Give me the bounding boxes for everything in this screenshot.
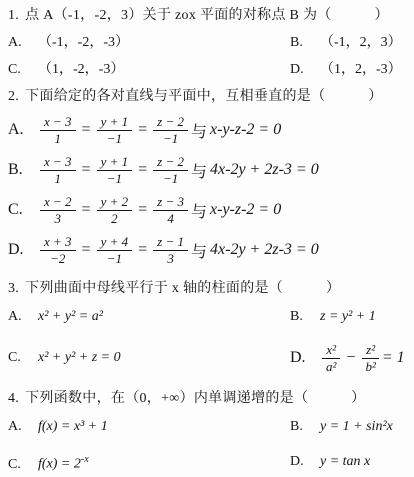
option-d-text: y = tan x xyxy=(320,454,370,469)
question-1-options: A.（-1，-2，-3） B.（-1，2，3） C.（1，-2，-3） D.（1… xyxy=(8,34,408,79)
question-4-option-b: B.y = 1 + sin²x xyxy=(290,418,408,436)
question-2-option-b: B. x − 31 = y + 1−1 = z − 2−1 与 4x-2y + … xyxy=(8,150,408,190)
fraction-numerator: x + 3 xyxy=(40,234,76,251)
option-b-text: z = y² + 1 xyxy=(320,309,376,324)
fraction-y: y + 1−1 xyxy=(97,154,133,187)
option-a-label: A. xyxy=(8,34,38,52)
question-3-option-c: C.x² + y² + z = 0 xyxy=(8,349,290,367)
option-a-label: A. xyxy=(8,308,38,326)
option-c-text: x² + y² + z = 0 xyxy=(38,350,121,365)
fraction-denominator: b² xyxy=(361,359,379,375)
option-d-label: D. xyxy=(290,349,320,367)
equation-tail: = 1 xyxy=(382,349,405,367)
fraction-x2-a2: x²a² xyxy=(322,342,340,375)
question-3-text: 下列曲面中母线平行于 x 轴的柱面的是（ ） xyxy=(25,281,340,296)
question-4-number: 4. xyxy=(8,390,19,408)
equals-sign: = xyxy=(138,121,147,139)
question-2-number: 2. xyxy=(8,88,19,106)
fraction-denominator: −2 xyxy=(46,251,69,267)
question-2-option-c: C. x − 23 = y + 22 = z − 34 与 x-y-z-2 = … xyxy=(8,190,408,230)
option-d-label: D. xyxy=(8,241,38,259)
option-b-label: B. xyxy=(8,161,38,179)
fraction-denominator: a² xyxy=(322,359,340,375)
equals-sign: = xyxy=(82,161,91,179)
option-b-label: B. xyxy=(290,34,320,52)
question-3-option-b: B.z = y² + 1 xyxy=(290,308,408,326)
fraction-denominator: 3 xyxy=(163,251,178,267)
equals-sign: = xyxy=(82,121,91,139)
conjunction-yu: 与 xyxy=(191,239,207,262)
question-2-text: 下面给定的各对直线与平面中，互相垂直的是（ ） xyxy=(25,89,383,104)
option-c-text: （1，-2，-3） xyxy=(38,62,124,77)
option-c-base: f(x) = 2 xyxy=(38,457,81,472)
question-1-number: 1. xyxy=(8,7,19,25)
fraction-x: x − 31 xyxy=(40,114,76,147)
equals-sign: = xyxy=(138,241,147,259)
fraction-z: z − 34 xyxy=(153,194,188,227)
plane-equation: 4x-2y + 2z-3 = 0 xyxy=(210,161,319,179)
fraction-denominator: 1 xyxy=(51,131,66,147)
minus-sign: − xyxy=(346,349,355,367)
fraction-numerator: x² xyxy=(322,342,340,359)
option-a-label: A. xyxy=(8,418,38,436)
question-4-text: 下列函数中，在（0，+∞）内单调递增的是（ ） xyxy=(25,391,365,406)
question-2-option-a: A. x − 31 = y + 1−1 = z − 2−1 与 x-y-z-2 … xyxy=(8,110,408,150)
option-a-text: f(x) = x³ + 1 xyxy=(38,419,108,434)
question-1-option-d: D.（1，2，-3） xyxy=(290,61,408,79)
fraction-y: y + 4−1 xyxy=(97,234,133,267)
option-c-label: C. xyxy=(8,61,38,79)
question-1: 1.点 A（-1，-2，3）关于 zox 平面的对称点 B 为（ ） A.（-1… xyxy=(8,7,408,79)
option-c-label: C. xyxy=(8,201,38,219)
fraction-denominator: 2 xyxy=(107,211,122,227)
fraction-denominator: −1 xyxy=(103,171,126,187)
fraction-x: x − 23 xyxy=(40,194,76,227)
question-1-option-c: C.（1，-2，-3） xyxy=(8,61,290,79)
fraction-denominator: 4 xyxy=(163,211,178,227)
question-2-options: A. x − 31 = y + 1−1 = z − 2−1 与 x-y-z-2 … xyxy=(8,110,408,270)
fraction-denominator: 1 xyxy=(51,171,66,187)
equals-sign: = xyxy=(138,201,147,219)
fraction-z: z − 2−1 xyxy=(153,154,188,187)
question-4-option-c: C.f(x) = 2-x xyxy=(8,451,290,474)
question-3-option-a: A.x² + y² = a² xyxy=(8,308,290,326)
fraction-denominator: −1 xyxy=(159,131,182,147)
question-1-stem: 1.点 A（-1，-2，3）关于 zox 平面的对称点 B 为（ ） xyxy=(8,7,408,25)
plane-equation: 4x-2y + 2z-3 = 0 xyxy=(210,241,319,259)
question-1-option-a: A.（-1，-2，-3） xyxy=(8,34,290,52)
fraction-numerator: x − 3 xyxy=(40,154,76,171)
fraction-numerator: x − 2 xyxy=(40,194,76,211)
question-2-stem: 2.下面给定的各对直线与平面中，互相垂直的是（ ） xyxy=(8,88,408,106)
fraction-numerator: z² xyxy=(362,342,379,359)
fraction-numerator: y + 1 xyxy=(97,154,133,171)
question-3-number: 3. xyxy=(8,280,19,298)
plane-equation: x-y-z-2 = 0 xyxy=(210,201,281,219)
option-a-text: x² + y² = a² xyxy=(38,309,103,324)
fraction-y: y + 22 xyxy=(97,194,133,227)
fraction-z: z − 2−1 xyxy=(153,114,188,147)
question-3: 3.下列曲面中母线平行于 x 轴的柱面的是（ ） A.x² + y² = a² … xyxy=(8,280,408,378)
question-3-options: A.x² + y² = a² B.z = y² + 1 C.x² + y² + … xyxy=(8,308,408,378)
option-a-label: A. xyxy=(8,121,38,139)
fraction-z: z − 13 xyxy=(153,234,188,267)
fraction-denominator: −1 xyxy=(103,251,126,267)
fraction-numerator: y + 1 xyxy=(97,114,133,131)
fraction-x: x − 31 xyxy=(40,154,76,187)
conjunction-yu: 与 xyxy=(191,159,207,182)
fraction-numerator: z − 2 xyxy=(153,154,188,171)
option-b-label: B. xyxy=(290,418,320,436)
fraction-numerator: x − 3 xyxy=(40,114,76,131)
option-a-text: （-1，-2，-3） xyxy=(38,35,129,50)
worksheet: 1.点 A（-1，-2，3）关于 zox 平面的对称点 B 为（ ） A.（-1… xyxy=(0,0,414,474)
fraction-y: y + 1−1 xyxy=(97,114,133,147)
question-4-option-d: D.y = tan x xyxy=(290,453,408,471)
fraction-denominator: 3 xyxy=(51,211,66,227)
conjunction-yu: 与 xyxy=(191,199,207,222)
question-4: 4.下列函数中，在（0，+∞）内单调递增的是（ ） A.f(x) = x³ + … xyxy=(8,390,408,474)
equals-sign: = xyxy=(138,161,147,179)
option-b-text: y = 1 + sin²x xyxy=(320,419,393,434)
question-4-option-a: A.f(x) = x³ + 1 xyxy=(8,418,290,436)
option-b-label: B. xyxy=(290,308,320,326)
equals-sign: = xyxy=(82,201,91,219)
question-3-stem: 3.下列曲面中母线平行于 x 轴的柱面的是（ ） xyxy=(8,280,408,298)
question-2-option-d: D. x + 3−2 = y + 4−1 = z − 13 与 4x-2y + … xyxy=(8,230,408,270)
option-b-text: （-1，2，3） xyxy=(320,35,402,50)
fraction-numerator: z − 3 xyxy=(153,194,188,211)
question-1-text: 点 A（-1，-2，3）关于 zox 平面的对称点 B 为（ ） xyxy=(25,8,389,23)
question-4-stem: 4.下列函数中，在（0，+∞）内单调递增的是（ ） xyxy=(8,390,408,408)
fraction-denominator: −1 xyxy=(103,131,126,147)
question-2: 2.下面给定的各对直线与平面中，互相垂直的是（ ） A. x − 31 = y … xyxy=(8,88,408,270)
fraction-numerator: z − 2 xyxy=(153,114,188,131)
option-d-text: （1，2，-3） xyxy=(320,62,402,77)
question-3-option-d: D. x²a² − z²b² = 1 xyxy=(290,338,408,378)
fraction-numerator: y + 2 xyxy=(97,194,133,211)
option-c-label: C. xyxy=(8,456,38,474)
option-d-label: D. xyxy=(290,453,320,471)
equals-sign: = xyxy=(82,241,91,259)
plane-equation: x-y-z-2 = 0 xyxy=(210,121,281,139)
option-c-label: C. xyxy=(8,349,38,367)
fraction-denominator: −1 xyxy=(159,171,182,187)
question-4-options: A.f(x) = x³ + 1 B.y = 1 + sin²x C.f(x) =… xyxy=(8,418,408,474)
fraction-z2-b2: z²b² xyxy=(361,342,379,375)
option-c-exponent: -x xyxy=(81,454,89,465)
conjunction-yu: 与 xyxy=(191,119,207,142)
option-d-label: D. xyxy=(290,61,320,79)
fraction-numerator: z − 1 xyxy=(153,234,188,251)
question-1-option-b: B.（-1，2，3） xyxy=(290,34,408,52)
fraction-numerator: y + 4 xyxy=(97,234,133,251)
fraction-x: x + 3−2 xyxy=(40,234,76,267)
